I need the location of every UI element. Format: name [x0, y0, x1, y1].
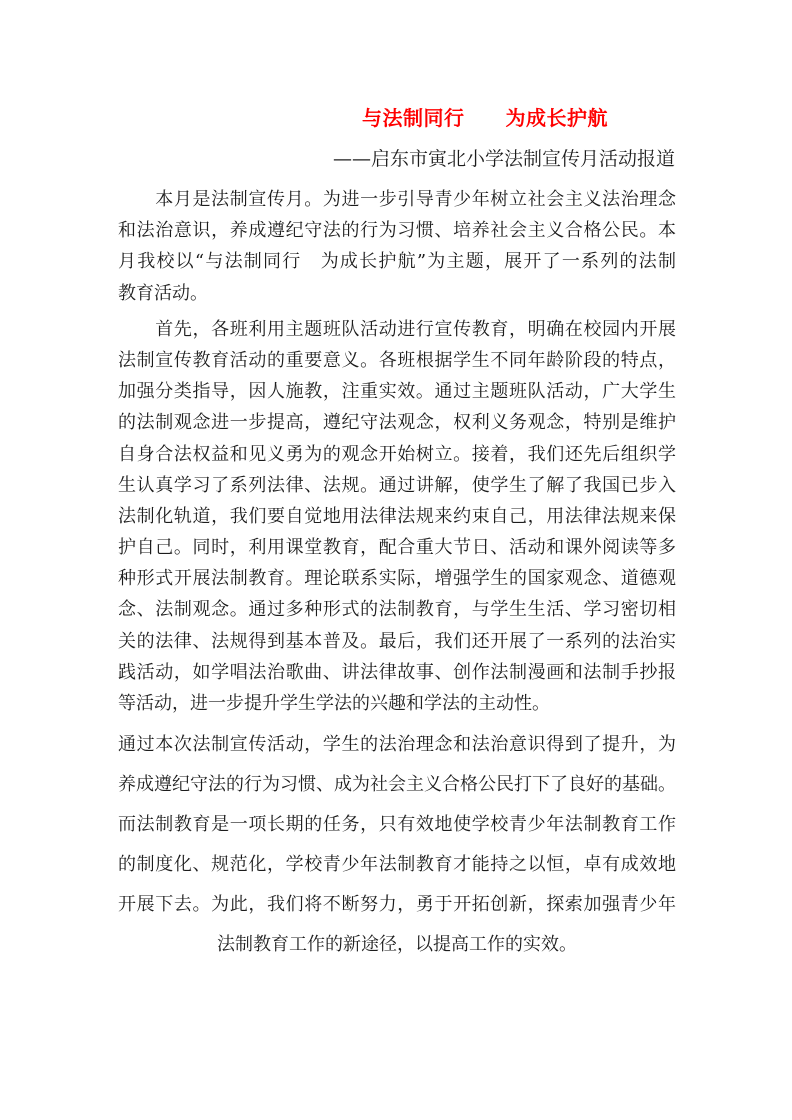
text-line: 种形式开展法制教育。理论联系实际，增强学生的国家观念、道德观 [118, 563, 676, 594]
document-content: 与法制同行 为成长护航 ——启东市寅北小学法制宣传月活动报道 本月是法制宣传月。… [118, 0, 676, 965]
text-line: 开展下去。为此，我们将不断努力，勇于开拓创新，探索加强青少年 [118, 885, 676, 925]
text-line: 践活动，如学唱法治歌曲、讲法律故事、创作法制漫画和法制手抄报 [118, 657, 676, 688]
text-line: 的法制观念进一步提高，遵纪守法观念，权利义务观念，特别是维护 [118, 407, 676, 438]
paragraph-conclusion: 通过本次法制宣传活动，学生的法治理念和法治意识得到了提升，为养成遵纪守法的行为习… [118, 725, 676, 965]
text-line: 自身合法权益和见义勇为的观念开始树立。接着，我们还先后组织学 [118, 439, 676, 470]
text-line: 月我校以“与法制同行 为成长护航”为主题，展开了一系列的法制 [118, 246, 676, 277]
text-line: 通过本次法制宣传活动，学生的法治理念和法治意识得到了提升，为 [118, 725, 676, 765]
text-line: 生认真学习了系列法律、法规。通过讲解，使学生了解了我国已步入 [118, 470, 676, 501]
text-line: 本月是法制宣传月。为进一步引导青少年树立社会主义法治理念 [118, 184, 676, 215]
text-line: 法制教育工作的新途径，以提高工作的实效。 [118, 925, 676, 965]
text-line: 护自己。同时，利用课堂教育，配合重大节日、活动和课外阅读等多 [118, 532, 676, 563]
text-line: 关的法律、法规得到基本普及。最后，我们还开展了一系列的法治实 [118, 626, 676, 657]
paragraph-activities: 首先，各班利用主题班队活动进行宣传教育，明确在校园内开展法制宣传教育活动的重要意… [118, 314, 676, 719]
text-line: 和法治意识，养成遵纪守法的行为习惯、培养社会主义合格公民。本 [118, 215, 676, 246]
text-line: 养成遵纪守法的行为习惯、成为社会主义合格公民打下了良好的基础。 [118, 765, 676, 805]
paragraph-intro: 本月是法制宣传月。为进一步引导青少年树立社会主义法治理念和法治意识，养成遵纪守法… [118, 184, 676, 309]
text-line: 法制宣传教育活动的重要意义。各班根据学生不同年龄阶段的特点， [118, 345, 676, 376]
text-line: 等活动，进一步提升学生学法的兴趣和学法的主动性。 [118, 688, 676, 719]
text-line: 教育活动。 [118, 278, 676, 309]
page-subtitle: ——启东市寅北小学法制宣传月活动报道 [118, 145, 676, 173]
text-line: 首先，各班利用主题班队活动进行宣传教育，明确在校园内开展 [118, 314, 676, 345]
text-line: 而法制教育是一项长期的任务，只有效地使学校青少年法制教育工作 [118, 805, 676, 845]
text-line: 念、法制观念。通过多种形式的法制教育，与学生生活、学习密切相 [118, 594, 676, 625]
text-line: 加强分类指导，因人施教，注重实效。通过主题班队活动，广大学生 [118, 376, 676, 407]
text-line: 法制化轨道，我们要自觉地用法律法规来约束自己，用法律法规来保 [118, 501, 676, 532]
text-line: 的制度化、规范化，学校青少年法制教育才能持之以恒，卓有成效地 [118, 845, 676, 885]
document-page: 与法制同行 为成长护航 ——启东市寅北小学法制宣传月活动报道 本月是法制宣传月。… [0, 0, 792, 1120]
page-title: 与法制同行 为成长护航 [118, 103, 676, 133]
